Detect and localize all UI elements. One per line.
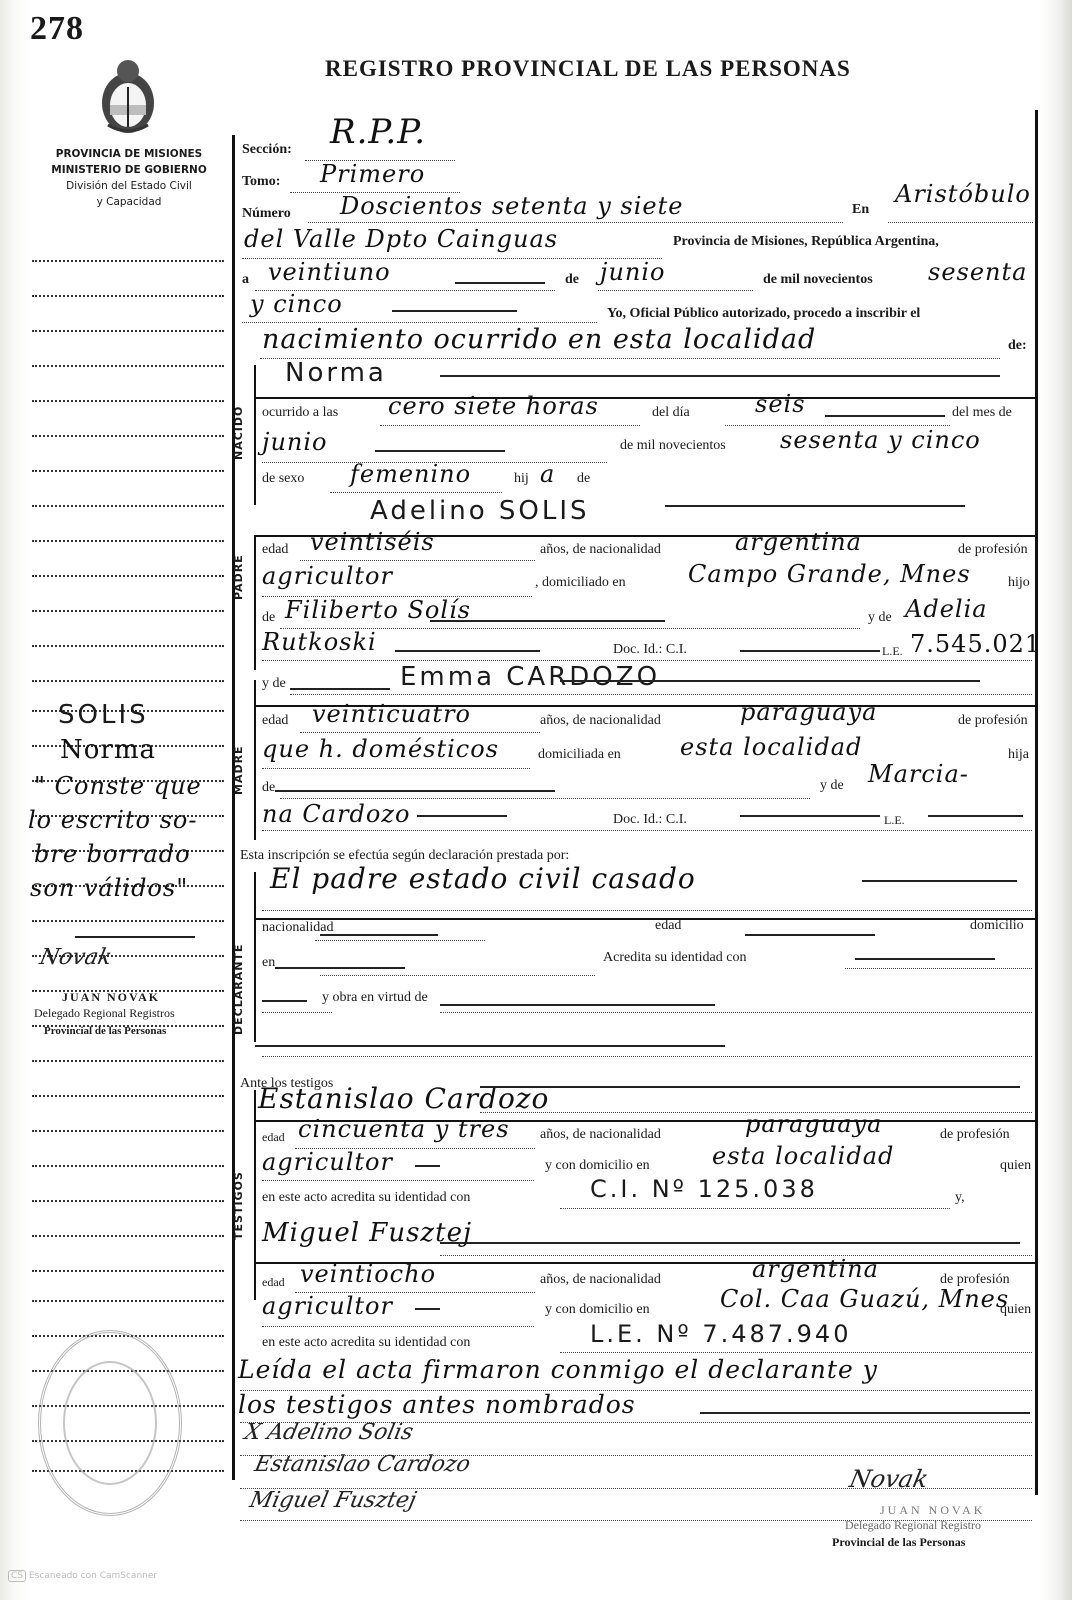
fill-dash — [392, 310, 517, 312]
margin-official-title: Provincial de las Personas — [44, 1025, 166, 1037]
field-line — [888, 222, 1033, 223]
section-rule — [255, 918, 1035, 920]
margin-note-line: bre borrado — [34, 840, 191, 868]
numero-value: Doscientos setenta y siete — [340, 192, 683, 220]
field-line — [380, 425, 640, 426]
field-line — [242, 322, 597, 323]
field-line — [560, 1208, 950, 1209]
margin-line — [32, 1270, 224, 1272]
maternal-grandmother-1: Marcia- — [868, 760, 969, 788]
declarant-domicile-label: domicilio — [970, 918, 1024, 934]
witness2-nationality: argentina — [752, 1255, 879, 1283]
field-line — [560, 1352, 1032, 1353]
witness1-age: cincuenta y tres — [298, 1115, 510, 1143]
field-line — [320, 975, 595, 976]
fill-dash — [275, 967, 405, 969]
mother-le-label: L.E. — [884, 813, 905, 828]
father-domicile-label: , domiciliado en — [535, 575, 626, 591]
margin-note-name: Norma — [60, 735, 156, 765]
field-line — [262, 1326, 534, 1327]
fill-dash — [560, 680, 980, 682]
margin-note-rule — [75, 936, 195, 938]
margin-line — [32, 330, 224, 332]
de-label: de — [577, 471, 590, 487]
en-value: Aristóbulo — [895, 180, 1031, 208]
mother-domicile-label: domiciliada en — [538, 747, 621, 763]
folio-number: 278 — [30, 10, 84, 48]
madre-section-label: MADRE — [232, 745, 245, 795]
year-value-1: sesenta — [928, 258, 1027, 286]
fill-dash — [415, 1308, 440, 1310]
fill-dash — [290, 688, 390, 690]
official-signature: Novak — [847, 1465, 931, 1493]
margin-signature: Novak — [37, 945, 114, 970]
closing-line-2: los testigos antes nombrados — [238, 1390, 636, 1419]
mother-nationality-label: años, de nacionalidad — [540, 713, 661, 729]
issuer-capacity: y Capacidad — [30, 194, 228, 210]
fill-dash — [665, 505, 965, 507]
margin-note-line: " Conste que — [34, 772, 202, 800]
witness2-id: L.E. Nº 7.487.940 — [590, 1320, 851, 1348]
a-label: a — [242, 272, 249, 287]
witness2-quien-label: quien — [1000, 1302, 1031, 1318]
fill-dash — [395, 650, 540, 652]
paternal-grandmother-2: Rutkoski — [262, 628, 377, 656]
mother-parents-de-label: de — [262, 780, 275, 796]
birth-certificate-page: 278 REGISTRO PROVINCIAL DE LAS PERSONAS … — [0, 0, 1072, 1600]
mother-child-label: hija — [1008, 747, 1029, 763]
month-label: del mes de — [952, 405, 1012, 421]
nacido-section-label: NACIDO — [232, 406, 245, 460]
padre-bracket — [254, 535, 256, 670]
signature-declarant: X Adelino Solis — [242, 1420, 415, 1445]
parents-de-label: de — [262, 610, 275, 626]
margin-line — [32, 1130, 224, 1132]
year-label: de mil novecientos — [620, 438, 726, 454]
witness1-id-label: en este acto acredita su identidad con — [262, 1190, 470, 1206]
place-value: del Valle Dpto Cainguas — [244, 225, 558, 253]
hij-value: a — [540, 460, 555, 488]
father-age: veintiséis — [310, 528, 435, 556]
field-line — [262, 1180, 534, 1181]
fill-dash — [262, 1000, 307, 1002]
fill-dash — [928, 815, 1023, 817]
seccion-value: R.P.P. — [330, 112, 426, 152]
fill-dash — [862, 880, 1017, 882]
margin-line — [32, 260, 224, 262]
time-label: ocurrido a las — [262, 405, 338, 421]
fill-dash — [740, 650, 880, 652]
fill-dash — [440, 375, 1000, 377]
sex-label: de sexo — [262, 471, 304, 487]
field-line — [440, 1012, 1032, 1013]
mother-profession: que h. domésticos — [262, 735, 499, 763]
margin-line — [32, 1095, 224, 1097]
father-child-label: hijo — [1008, 575, 1030, 591]
field-line — [315, 940, 485, 941]
official-stamp — [38, 1330, 182, 1516]
margin-line — [32, 1235, 224, 1237]
witness1-nationality-label: años, de nacionalidad — [540, 1127, 661, 1143]
field-line — [440, 1255, 1032, 1256]
margin-line — [32, 1060, 224, 1062]
margin-line — [32, 645, 224, 647]
margin-line — [32, 575, 224, 577]
field-line — [300, 732, 540, 733]
fill-dash — [375, 450, 505, 452]
declarante-bracket — [254, 872, 256, 1042]
birth-year: sesenta y cinco — [780, 426, 981, 454]
fill-dash — [455, 282, 545, 284]
paternal-grandmother-1: Adelia — [905, 595, 988, 623]
birth-month: junio — [262, 428, 327, 456]
fill-dash — [415, 1165, 440, 1167]
father-profession-label: de profesión — [958, 542, 1028, 558]
official-title: Provincial de las Personas — [832, 1535, 965, 1550]
declarant-id-label: Acredita su identidad con — [603, 950, 746, 966]
witness1-nationality: paraguaya — [745, 1110, 882, 1138]
closing-line-1: Leída el acta firmaron conmigo el declar… — [238, 1355, 878, 1384]
fill-dash — [275, 790, 555, 792]
fill-dash — [740, 815, 880, 817]
margin-official-name: JUAN NOVAK — [62, 990, 160, 1005]
field-line — [262, 660, 1032, 661]
official-title: Delegado Regional Registro — [845, 1518, 981, 1533]
witness2-profession: agricultor — [262, 1292, 393, 1320]
witness1-age-label: edad — [262, 1130, 285, 1145]
margin-note-surname: SOLIS — [58, 700, 149, 730]
field-line — [262, 1056, 1032, 1057]
mother-y-de-label: y de — [262, 676, 286, 692]
witness1-profession: agricultor — [262, 1148, 393, 1176]
margin-line — [32, 1165, 224, 1167]
mother-age: veinticuatro — [312, 700, 471, 728]
witness1-id: C.I. Nº 125.038 — [590, 1175, 818, 1203]
fill-dash — [430, 620, 665, 622]
watermark-text: Escaneado con CamScanner — [29, 1571, 157, 1581]
field-line — [262, 768, 530, 769]
margin-line — [32, 365, 224, 367]
seccion-label: Sección: — [242, 142, 292, 157]
fill-dash — [440, 1004, 715, 1006]
field-line — [290, 694, 1032, 695]
issuer-division: División del Estado Civil — [30, 178, 228, 194]
year-value-2: y cinco — [250, 290, 343, 318]
mother-name: Emma CARDOZO — [400, 662, 660, 692]
fill-dash — [825, 415, 945, 417]
en-label: En — [852, 202, 869, 217]
child-name: Norma — [285, 358, 387, 388]
margin-line — [32, 920, 224, 922]
section-rule — [255, 397, 1035, 399]
testigos-section-label: TESTIGOS — [232, 1171, 245, 1240]
de-label: de — [565, 272, 579, 287]
nacido-bracket — [254, 365, 256, 505]
tomo-label: Tomo: — [242, 174, 280, 189]
sex-value: femenino — [350, 460, 471, 488]
field-line — [280, 798, 810, 799]
father-name: Adelino SOLIS — [370, 496, 590, 526]
field-line — [598, 290, 753, 291]
field-line — [262, 1012, 332, 1013]
officer-text: Yo, Oficial Público autorizado, procedo … — [607, 306, 920, 321]
fill-dash — [255, 1045, 725, 1047]
fill-dash — [855, 958, 995, 960]
mother-domicile: esta localidad — [680, 733, 862, 761]
father-domicile: Campo Grande, Mnes — [688, 560, 971, 588]
maternal-grandmother-2: na Cardozo — [262, 800, 410, 828]
fill-dash — [440, 1242, 1020, 1244]
birth-day: seis — [755, 390, 806, 418]
camscanner-logo-icon: CS — [8, 1570, 26, 1582]
day-value: veintiuno — [268, 258, 391, 286]
madre-bracket — [254, 680, 256, 840]
main-column-divider — [232, 135, 235, 1480]
issuer-province: PROVINCIA DE MISIONES — [30, 146, 228, 162]
coat-of-arms-icon — [98, 55, 158, 135]
field-line — [845, 968, 1032, 969]
margin-line — [32, 540, 224, 542]
witness2-domicile-label: y con domicilio en — [545, 1302, 650, 1318]
margin-line — [32, 680, 224, 682]
mother-nationality: paraguaya — [740, 698, 877, 726]
scanner-watermark: CSEscaneado con CamScanner — [8, 1570, 157, 1582]
fill-dash — [417, 815, 507, 817]
margin-note-line: lo escrito so- — [28, 806, 197, 834]
margin-note-line: son válidos" — [30, 874, 188, 902]
event-value: nacimiento ocurrido en esta localidad — [262, 324, 816, 355]
father-profession: agricultor — [262, 562, 393, 590]
official-name: JUAN NOVAK — [880, 1503, 985, 1518]
field-line — [330, 492, 502, 493]
signature-witness-1: Estanislao Cardozo — [252, 1452, 472, 1477]
field-line — [262, 910, 1032, 911]
father-nationality: argentina — [735, 528, 862, 556]
month-value: junio — [600, 258, 665, 286]
fill-dash — [480, 1086, 1020, 1088]
declarante-section-label: DECLARANTE — [232, 944, 245, 1035]
witness1-y-label: y, — [955, 1190, 965, 1206]
margin-line — [32, 1200, 224, 1202]
birth-time: cero siete horas — [388, 392, 599, 420]
witness2-nationality-label: años, de nacionalidad — [540, 1272, 661, 1288]
father-le-number: 7.545.021 — [910, 630, 1041, 658]
fill-dash — [320, 934, 438, 936]
father-y-de-label: y de — [868, 610, 892, 626]
field-line — [300, 560, 535, 561]
province-text: Provincia de Misiones, República Argenti… — [673, 234, 939, 249]
field-line — [262, 830, 1032, 831]
day-label: del día — [652, 405, 690, 421]
mother-y-de-label: y de — [820, 778, 844, 794]
margin-line — [32, 400, 224, 402]
signature-witness-2: Miguel Fusztej — [247, 1488, 418, 1513]
witness2-domicile: Col. Caa Guazú, Mnes — [720, 1285, 1009, 1313]
document-title: REGISTRO PROVINCIAL DE LAS PERSONAS — [325, 56, 851, 82]
declarant-value: El padre estado civil casado — [270, 862, 696, 895]
year-prefix: de mil novecientos — [763, 272, 873, 287]
right-border — [1035, 110, 1038, 1495]
field-line — [308, 222, 843, 223]
margin-line — [32, 1300, 224, 1302]
stamp-inner-ring — [63, 1361, 157, 1485]
mother-age-label: edad — [262, 713, 288, 729]
father-doc-label: Doc. Id.: C.I. — [613, 642, 687, 658]
father-nationality-label: años, de nacionalidad — [540, 542, 661, 558]
witness2-age-label: edad — [262, 1275, 285, 1290]
margin-line — [32, 610, 224, 612]
witness2-id-label: en este acto acredita su identidad con — [262, 1335, 470, 1351]
fill-dash — [700, 1412, 1030, 1414]
issuer-ministry: MINISTERIO DE GOBIERNO — [30, 162, 228, 178]
margin-line — [32, 470, 224, 472]
margin-line — [32, 435, 224, 437]
margin-official-title: Delegado Regional Registros — [34, 1006, 175, 1021]
tomo-value: Primero — [320, 160, 425, 188]
event-suffix: de: — [1008, 338, 1027, 353]
mother-profession-label: de profesión — [958, 713, 1028, 729]
witness1-quien-label: quien — [1000, 1158, 1031, 1174]
hij-label: hij — [514, 471, 529, 487]
witness2-age: veintiocho — [300, 1260, 436, 1288]
issuer-block: PROVINCIA DE MISIONES MINISTERIO DE GOBI… — [30, 146, 228, 210]
witness1-domicile: esta localidad — [712, 1142, 894, 1170]
witness1-domicile-label: y con domicilio en — [545, 1158, 650, 1174]
padre-section-label: PADRE — [232, 554, 245, 600]
fill-dash — [745, 934, 875, 936]
declarant-age-label: edad — [655, 918, 681, 934]
declarant-en-label: en — [262, 955, 275, 971]
mother-doc-label: Doc. Id.: C.I. — [613, 812, 687, 828]
numero-label: Número — [242, 206, 291, 221]
father-le-label: L.E. — [882, 644, 903, 659]
margin-line — [32, 505, 224, 507]
declarant-virtue-label: y obra en virtud de — [322, 990, 428, 1006]
witness1-profession-label: de profesión — [940, 1127, 1010, 1143]
father-age-label: edad — [262, 542, 288, 558]
margin-line — [32, 295, 224, 297]
